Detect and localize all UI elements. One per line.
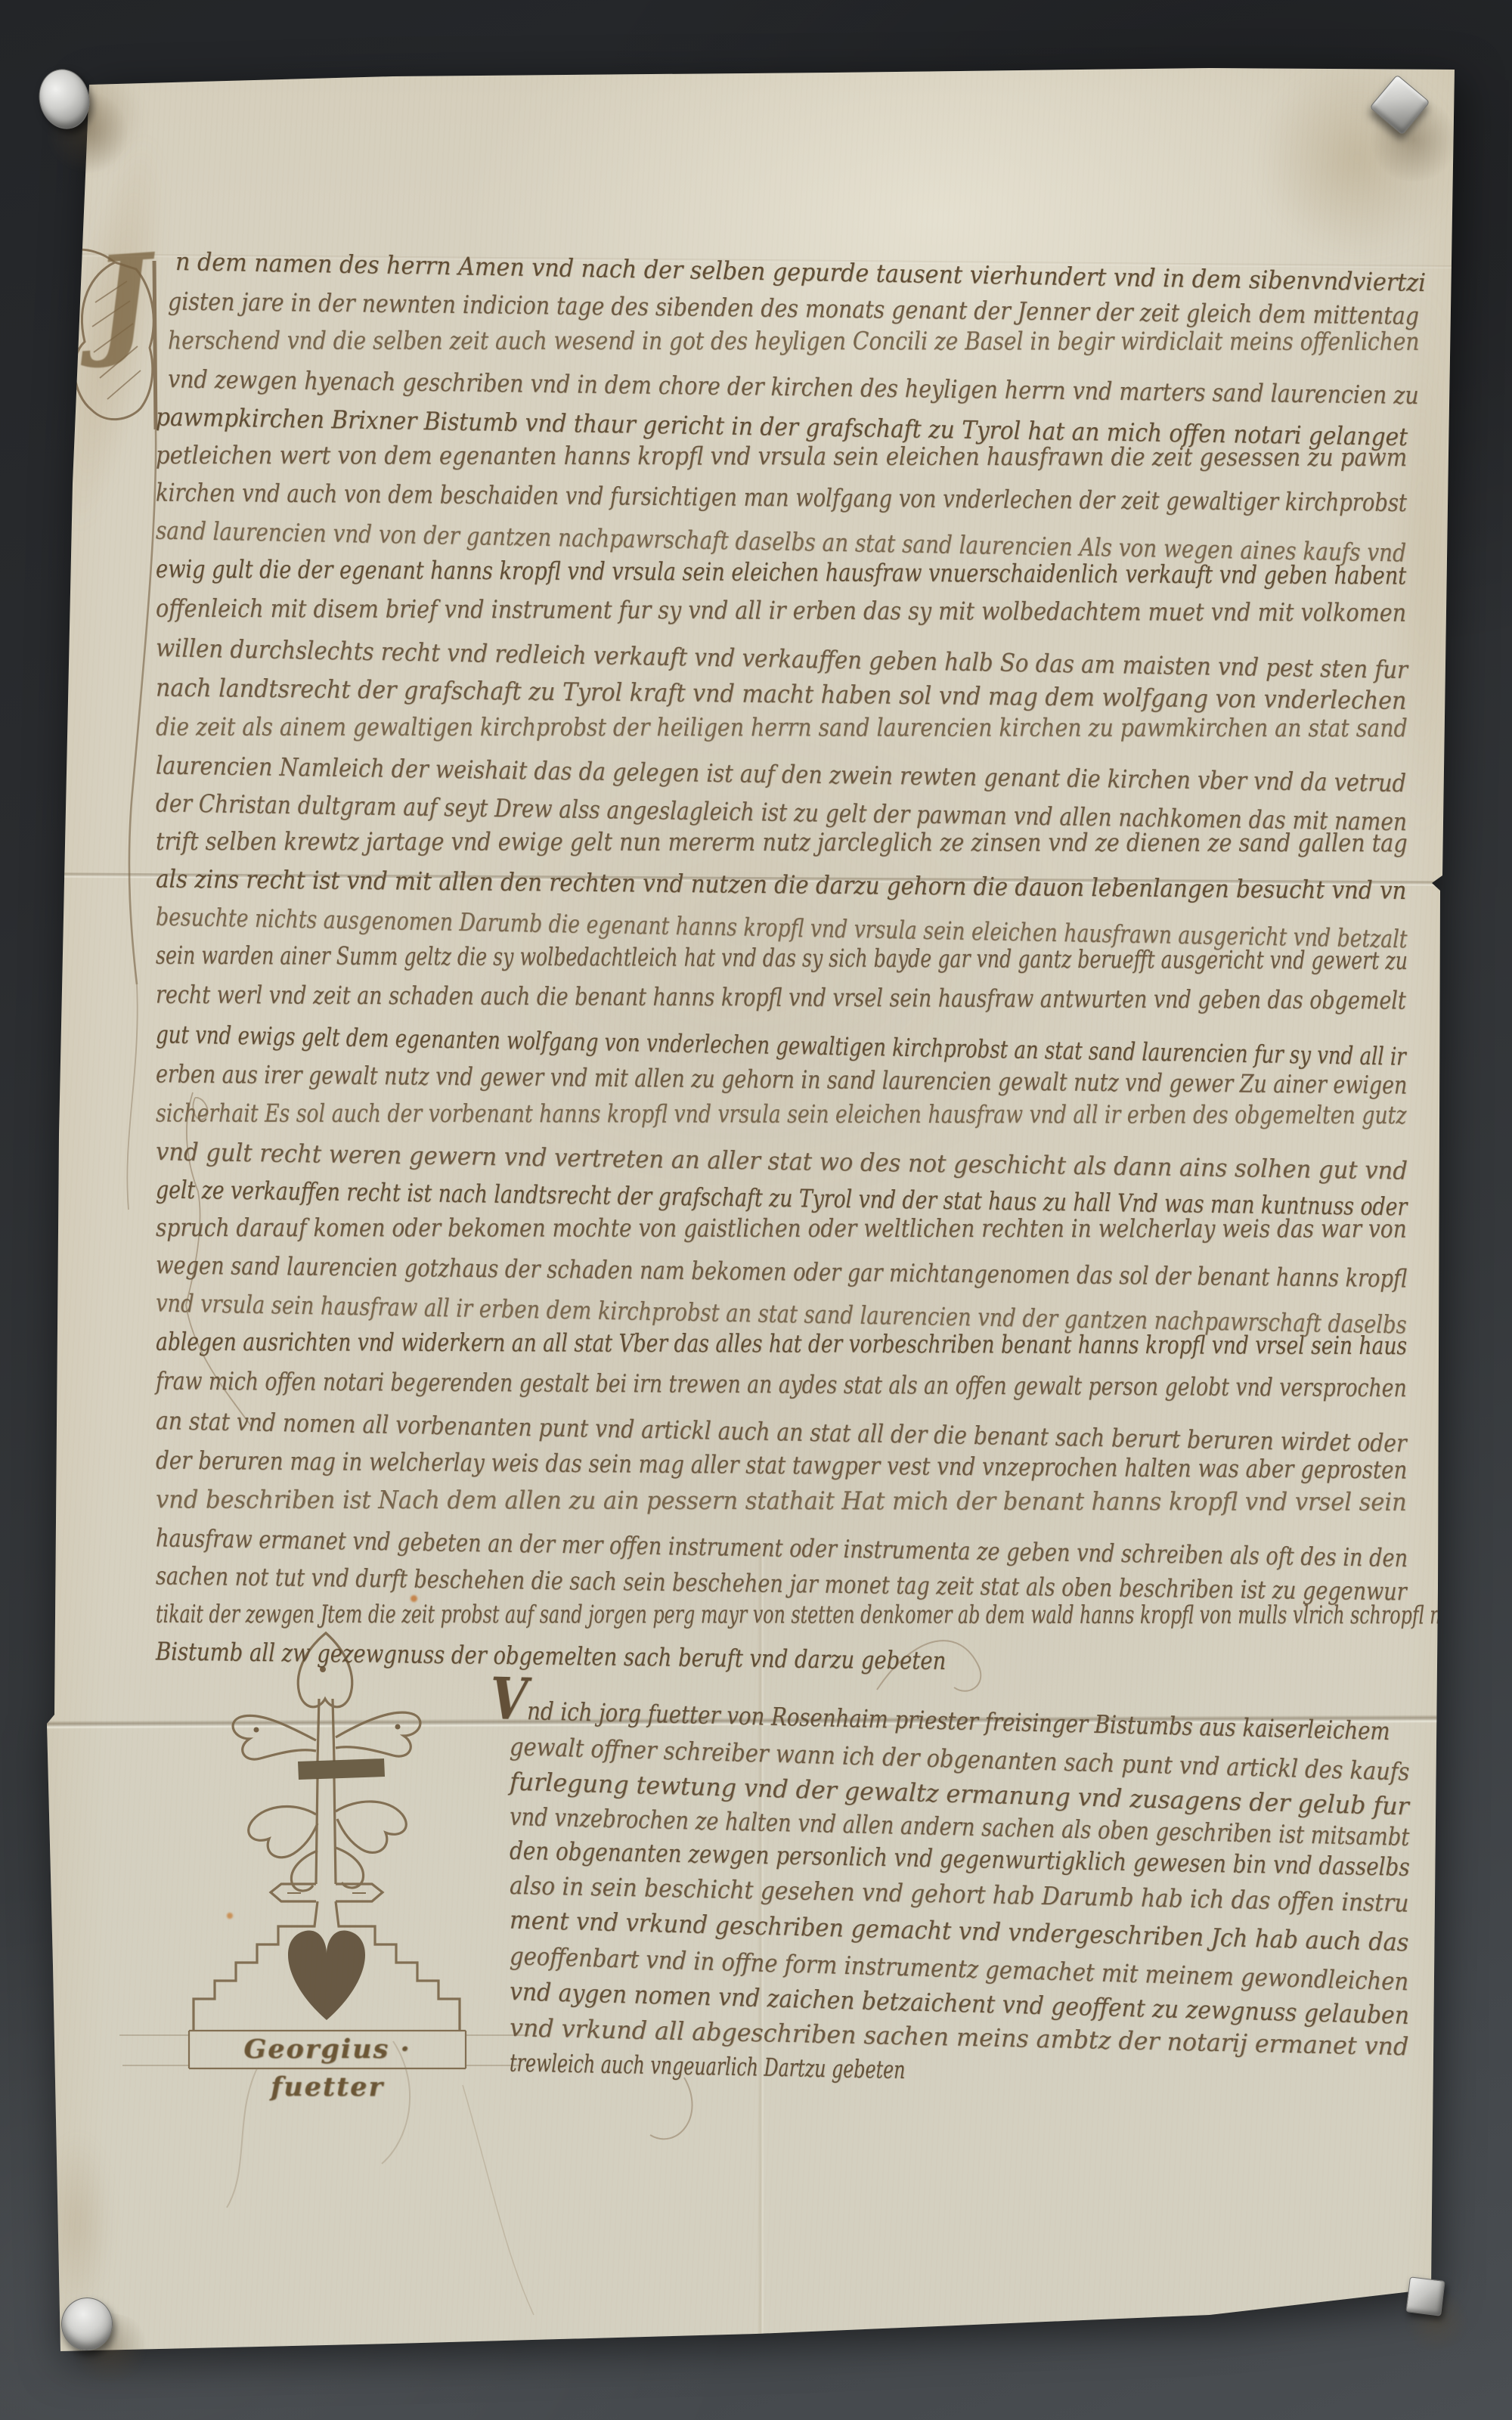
notary-mark: [119, 1633, 529, 2068]
text-line: fraw mich offen notari begerenden gestal…: [156, 1366, 1407, 1403]
decorated-initial-letter: J: [91, 239, 156, 362]
text-line: sein warden ainer Summ geltz die sy wolb…: [156, 940, 1408, 975]
photograph-of-medieval-charter: { "colors": { "mat_background": "#33373a…: [0, 0, 1512, 2420]
parchment-sheet: J n dem namen des herrn Amen vnd nach de…: [0, 0, 1512, 2420]
text-line: petleichen wert von dem egenanten hanns …: [156, 440, 1407, 472]
text-line: ewig gult die der egenant hanns kropfl v…: [156, 554, 1406, 590]
text-line: vnd beschriben ist Nach dem allen zu ain…: [156, 1484, 1407, 1516]
text-line: kirchen vnd auch von dem beschaiden vnd …: [156, 478, 1407, 518]
text-line: die zeit als ainem gewaltigen kirchprobs…: [156, 711, 1408, 742]
notary-signature-banner: Georgius · fuetter: [191, 2031, 464, 2068]
text-line: trewleich auch vngeuarlich Dartzu gebete…: [510, 2048, 906, 2085]
notary-mark-left-wing: [233, 1715, 316, 1759]
text-line: spruch darauf komen oder bekomen mochte …: [156, 1213, 1407, 1244]
notary-mark-heart: [288, 1930, 365, 2020]
text-line: herschend vnd die selben zeit auch wesen…: [168, 325, 1419, 355]
notary-mark-right-leaf: [336, 1802, 406, 1852]
left-wing-eye: [254, 1727, 259, 1733]
parchment-wrap: J n dem namen des herrn Amen vnd nach de…: [0, 0, 1512, 2420]
text-line: tikait der zewgen Jtem die zeit probst a…: [156, 1599, 1512, 1630]
right-wing-eye: [395, 1724, 401, 1730]
decorated-initial-ornament: [70, 249, 156, 1210]
text-line: Bistumb all zw gezewgnuss der obgemelten…: [156, 1636, 947, 1675]
text-line: ablegen ausrichten vnd widerkern an all …: [156, 1327, 1407, 1360]
notary-mark-left-leaf: [249, 1807, 318, 1858]
main-text-block: n dem namen des herrn Amen vnd nach der …: [156, 246, 1418, 1683]
notary-mark-right-leaf-small: [336, 1848, 364, 1888]
text-line: recht werl vnd zeit an schaden auch die …: [156, 980, 1406, 1015]
text-line: trift selben krewtz jartage vnd ewige ge…: [156, 826, 1408, 857]
text-line: vnd zewgen hyenach geschriben vnd in dem…: [168, 364, 1419, 410]
notary-mark-dark-bar: [298, 1758, 385, 1780]
text-line: sicherhait Es sol auch der vorbenant han…: [156, 1098, 1406, 1129]
notary-mark-right-wing: [336, 1712, 420, 1756]
square-metal-pin-bottom-right: [1405, 2276, 1445, 2316]
text-line: wegen sand laurencien gotzhaus der schad…: [156, 1250, 1408, 1293]
notary-attestation-block: Vnd ich jorg fuetter von Rosenhaim pries…: [490, 1695, 1427, 2103]
text-line: offenleich mit disem brief vnd instrumen…: [156, 593, 1406, 627]
text-line: als zins recht ist vnd mit allen den rec…: [156, 864, 1407, 906]
notary-mark-shaft: [316, 1699, 336, 1884]
